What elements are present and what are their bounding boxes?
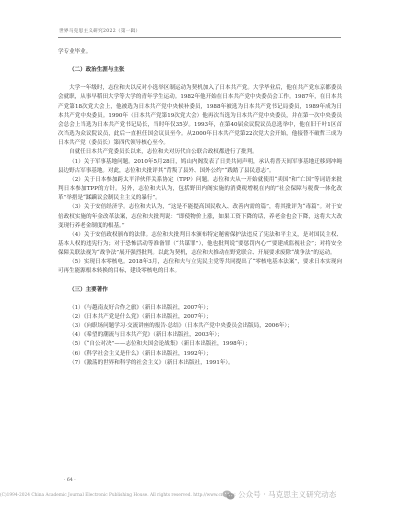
wechat-watermark: 公众号 · 马克思主义研究动态	[222, 489, 336, 500]
policy-list: （1）关于军事基地问题。2010年5月28日，鸠山内阁发表了日美共同声明，承认将…	[58, 158, 342, 277]
watermark-text: 公众号 · 马克思主义研究动态	[238, 489, 336, 500]
copyright-line: (C)1994-2024 China Academic Journal Elec…	[0, 493, 236, 498]
document-page: 世界马克思主义研究2022（第一辑） 学专业毕业。 （二）政治生涯与主张 大学一…	[0, 0, 400, 514]
works-list: （1）《与越南友好合作之旅》（新日本出版社，2007年）； （2）《日本共产党是…	[58, 304, 342, 368]
wechat-icon	[222, 490, 235, 500]
page-number: · 64 ·	[64, 478, 76, 483]
paragraph-career: 大学一年级时，志位和夫以反对小选举区制运动为契机加入了日本共产党。大学毕业后，他…	[58, 84, 342, 148]
work-item: （4）《希望的潮流与日本共产党》（新日本出版社，2003年）；	[58, 331, 342, 340]
continuation-line: 学专业毕业。	[58, 48, 342, 57]
policy-item: （5）实现日本零核电。2018年3月，志位和夫与立宪民主党等共同提出了“零核电基…	[58, 258, 342, 276]
running-head: 世界马克思主义研究2022（第一辑）	[59, 28, 140, 34]
header-rule	[58, 37, 341, 38]
work-item: （3）《向职场问题学习·交流讲座的报告·总结》（日本共产党中央委员会出版局，20…	[58, 322, 342, 331]
work-item: （1）《与越南友好合作之旅》（新日本出版社，2007年）；	[58, 304, 342, 313]
policy-item: （2）关于日本参加跨太平洋伙伴关系协定（TPP）问题。志位和夫从一开始就使用“卖…	[58, 176, 342, 203]
section-heading-politics: （二）政治生涯与主张	[69, 66, 342, 75]
section-heading-works: （三）主要著作	[69, 286, 342, 295]
policy-item: （1）关于军事基地问题。2010年5月28日，鸠山内阁发表了日美共同声明，承认将…	[58, 158, 342, 176]
policy-item: （4）关于安倍政权颁布的法律。志位和夫批判日本颁布特定秘密保护法违反了宪法和平主…	[58, 231, 342, 258]
work-item: （7）《激荡的世界和科学的社会主义》（新日本出版社，1991年）。	[58, 359, 342, 368]
paragraph-criticism-intro: 自就任日本共产党委员长以来，志位和夫对历代自公联合政权都进行了批判。	[58, 148, 342, 157]
work-item: （2）《日本共产党是什么党》（新日本出版社，2007年）；	[58, 313, 342, 322]
work-item: （6）《科学社会主义是什么》（新日本出版社，1992年）；	[58, 350, 342, 359]
work-item: （5）《“自公对决”——志位和夫国会论战集》（新日本出版社，1998年）；	[58, 340, 342, 349]
body-text: 学专业毕业。 （二）政治生涯与主张 大学一年级时，志位和夫以反对小选举区制运动为…	[58, 48, 342, 368]
policy-item: （3）关于安倍经济学。志位和夫认为，“这是不能提高国民收入、改善内需的篇”，将其…	[58, 203, 342, 230]
